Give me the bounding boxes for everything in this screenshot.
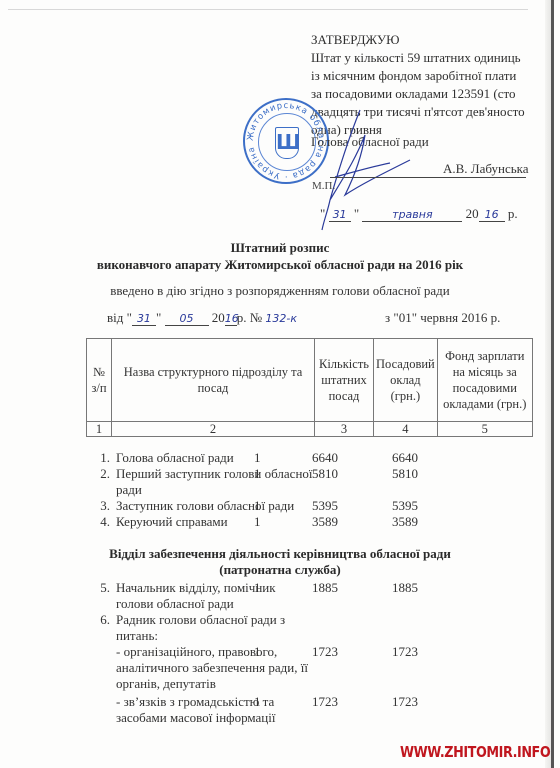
section-title: Відділ забезпечення діяльності керівницт…: [0, 546, 560, 562]
site-watermark: WWW.ZHITOMIR.INFO: [400, 743, 550, 761]
document-subtitle: виконавчого апарату Житомирської обласно…: [0, 257, 560, 273]
order-number: 132-к: [265, 312, 297, 325]
approval-line: із місячним фондом заробітної плати: [311, 67, 546, 85]
approval-heading: ЗАТВЕРДЖУЮ: [311, 31, 546, 49]
header-qty: Кількість штатних посад: [315, 339, 374, 422]
col-number: 4: [374, 422, 438, 437]
approval-month: травня: [362, 209, 462, 222]
approval-line: за посадовими окладами 123591 (сто: [311, 85, 546, 103]
document-title: Штатний розпис: [0, 240, 560, 256]
signature-line: [330, 177, 526, 178]
order-day: 31: [132, 313, 156, 326]
order-month: 05: [165, 313, 209, 326]
seal-mark: М.П.: [312, 180, 335, 192]
order-year: 16: [225, 313, 237, 326]
col-number: 2: [112, 422, 315, 437]
page-right-edge: [551, 0, 554, 768]
approval-date: " 31 " травня 2016 р.: [320, 206, 518, 222]
col-number: 1: [87, 422, 112, 437]
intro-text: введено в дію згідно з розпорядженням го…: [0, 283, 560, 299]
header-no: № з/п: [87, 339, 112, 422]
approval-year: 16: [479, 209, 505, 222]
col-number: 5: [437, 422, 532, 437]
approval-day: 31: [329, 209, 351, 222]
approval-line: Штат у кількості 59 штатних одиниць: [311, 49, 546, 67]
section-subtitle: (патронатна служба): [0, 562, 560, 578]
col-number: 3: [315, 422, 374, 437]
signer-name: А.В. Лабунська: [443, 161, 529, 177]
header-name: Назва структурного підрозділу та посад: [112, 339, 315, 422]
trident-emblem-icon: Ш: [275, 127, 299, 159]
effective-date: з "01" червня 2016 р.: [385, 310, 500, 326]
staff-table-header: № з/п Назва структурного підрозділу та п…: [86, 338, 533, 437]
order-reference: від "31" 05 2016р. № 132-к: [107, 310, 297, 326]
header-salary: Посадовий оклад (грн.): [374, 339, 438, 422]
header-fund: Фонд зарплати на місяць за посадовими ок…: [437, 339, 532, 422]
page-top-edge: [8, 9, 528, 10]
